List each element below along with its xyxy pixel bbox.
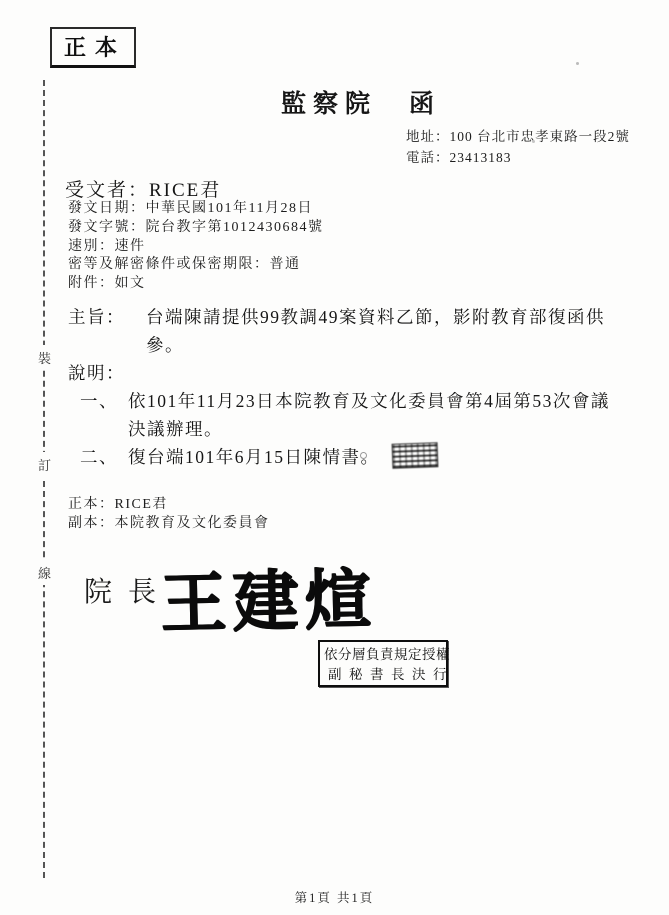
subject-label: 主旨： xyxy=(68,303,146,359)
binding-char-zhuang: 裝 xyxy=(37,345,52,370)
authorization-stamp-line2: 副秘書長決行 xyxy=(324,663,442,683)
binding-char-xian: 線 xyxy=(37,560,52,585)
sender-contact-block: 地址：100 台北市忠孝東路一段2號 電話：23413183 xyxy=(406,126,630,168)
item-text-with-seal: 復台端101年6月15日陳情書。 xyxy=(128,443,616,471)
recipient-line: 受文者：RICE君 xyxy=(65,175,221,202)
copy-type-stamp: 正本 xyxy=(50,27,136,68)
distribution-block: 正本：RICE君 副本：本院教育及文化委員會 xyxy=(68,495,270,533)
scanned-letter-page: 正本 裝 訂 線 監察院 函 地址：100 台北市忠孝東路一段2號 電話：234… xyxy=(0,0,669,915)
authorization-stamp-line1: 依分層負責規定授權 xyxy=(324,643,442,663)
petition-seal-stamp-icon xyxy=(391,442,438,469)
distribution-original: 正本：RICE君 xyxy=(68,495,270,514)
scan-artifact xyxy=(360,452,367,459)
subject-text: 台端陳請提供99教調49案資料乙節，影附教育部復函供參。 xyxy=(146,303,620,359)
scan-artifact xyxy=(532,140,535,143)
meta-doc-number: 發文字號：院台教字第1012430684號 xyxy=(68,219,324,238)
page-number-footer: 第1頁 共1頁 xyxy=(0,888,669,906)
item-text: 依101年11月23日本院教育及文化委員會第4屆第53次會議決議辦理。 xyxy=(128,387,616,443)
subject-section: 主旨： 台端陳請提供99教調49案資料乙節，影附教育部復函供參。 xyxy=(68,303,620,359)
item-text: 復台端101年6月15日陳情書。 xyxy=(128,447,380,467)
binding-dashed-line xyxy=(43,80,45,878)
description-item-2: 二、 復台端101年6月15日陳情書。 xyxy=(68,443,620,471)
president-signature: 王建煊 xyxy=(159,546,377,646)
distribution-copy: 副本：本院教育及文化委員會 xyxy=(68,514,270,533)
meta-issue-date: 發文日期：中華民國101年11月28日 xyxy=(68,200,324,219)
sender-phone: 電話：23413183 xyxy=(406,147,630,168)
letter-body: 主旨： 台端陳請提供99教調49案資料乙節，影附教育部復函供參。 說明： 一、 … xyxy=(68,303,620,471)
sender-address: 地址：100 台北市忠孝東路一段2號 xyxy=(406,126,630,147)
description-label: 說明： xyxy=(68,359,620,387)
meta-priority: 速別：速件 xyxy=(68,238,324,257)
document-meta-block: 發文日期：中華民國101年11月28日 發文字號：院台教字第1012430684… xyxy=(68,200,324,294)
meta-attachment: 附件：如文 xyxy=(68,275,324,294)
item-number: 二、 xyxy=(80,443,128,471)
description-item-1: 一、 依101年11月23日本院教育及文化委員會第4屆第53次會議決議辦理。 xyxy=(68,387,620,443)
scan-artifact xyxy=(576,62,579,65)
meta-classification: 密等及解密條件或保密期限：普通 xyxy=(68,256,324,275)
document-title: 監察院 函 xyxy=(281,84,441,120)
item-number: 一、 xyxy=(80,387,128,443)
authorization-stamp-box: 依分層負責規定授權 副秘書長決行 xyxy=(318,640,448,687)
binding-char-ding: 訂 xyxy=(37,452,52,477)
